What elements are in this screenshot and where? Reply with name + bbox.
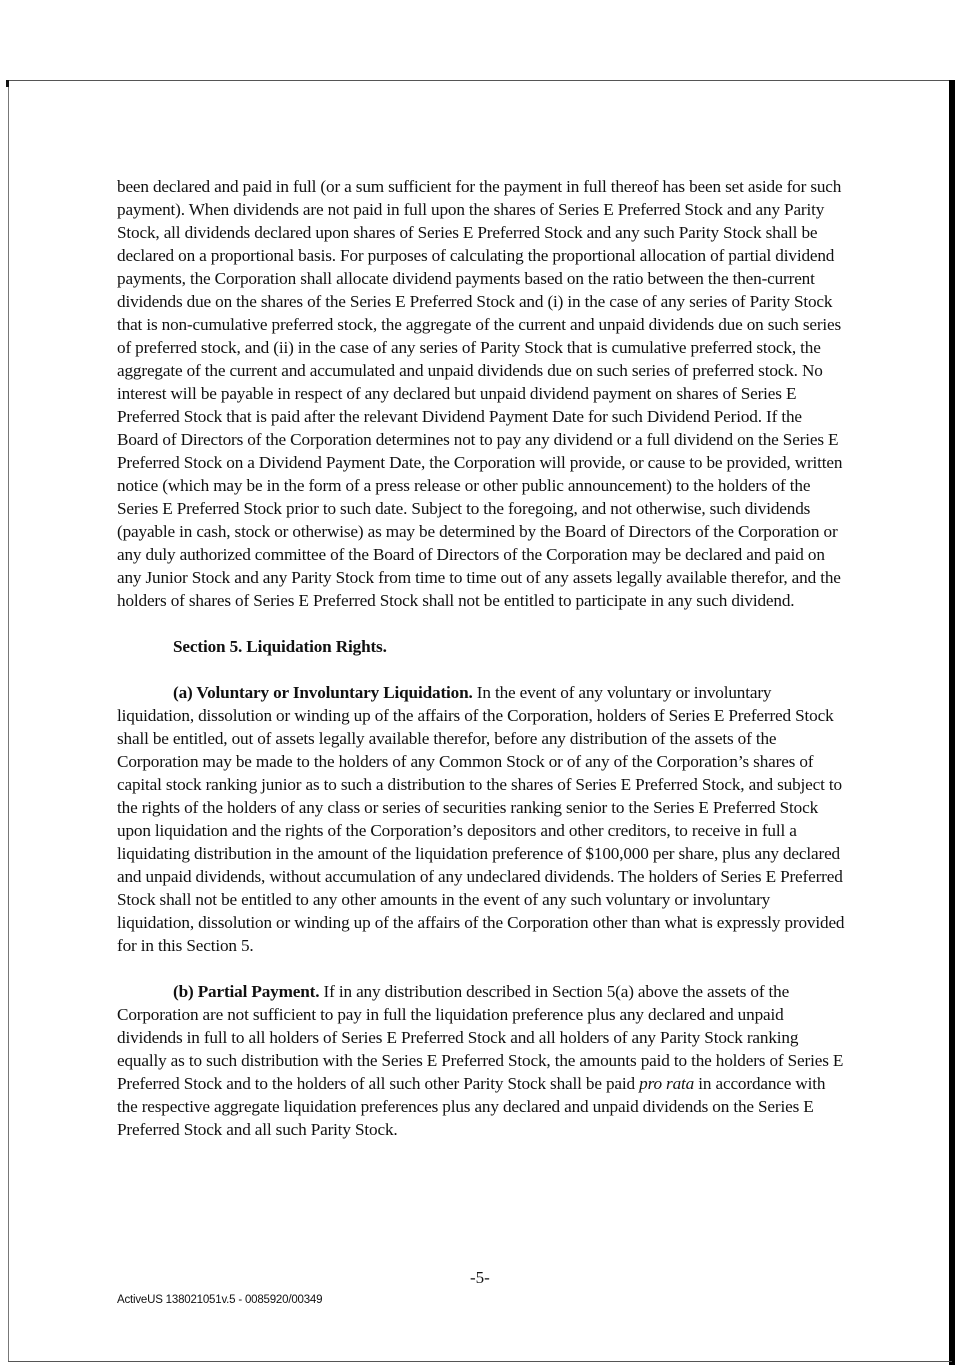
document-body: been declared and paid in full (or a sum… [117,175,847,1164]
subsection-b-paragraph: (b) Partial Payment. If in any distribut… [117,980,847,1141]
continuation-paragraph: been declared and paid in full (or a sum… [117,175,847,612]
subsection-a-label: (a) Voluntary or Involuntary Liquidation… [173,683,473,702]
subsection-a-paragraph: (a) Voluntary or Involuntary Liquidation… [117,681,847,957]
page-border-bottom [8,1361,952,1362]
section-heading: Section 5. Liquidation Rights. [117,635,847,658]
page-number: -5- [470,1268,490,1288]
subsection-b-label: (b) Partial Payment. [173,982,319,1001]
document-id-footer: ActiveUS 138021051v.5 - 0085920/00349 [117,1294,322,1306]
page-border-corner-mark [6,80,9,87]
subsection-b-italic-term: pro rata [639,1074,694,1093]
page-border-top [8,80,952,81]
page-border-right [949,80,955,1365]
subsection-a-text: In the event of any voluntary or involun… [117,683,844,955]
page-border-left [8,80,9,1362]
